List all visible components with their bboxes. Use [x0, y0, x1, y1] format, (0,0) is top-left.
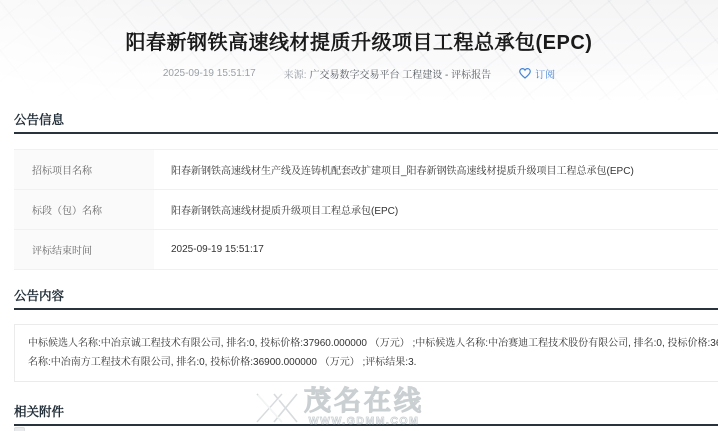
content-line: 名称:中冶南方工程技术有限公司, 排名:0, 投标价格:36900.000000… [28, 353, 718, 372]
row-value-eval-end-time: 2025-09-19 15:51:17 [154, 230, 718, 269]
announcement-content-box: 中标候选人名称:中冶京诚工程技术有限公司, 排名:0, 投标价格:37960.0… [14, 324, 718, 382]
meta-row: 2025-09-19 15:51:17 来源:广交易数字交易平台 工程建设 - … [0, 66, 718, 81]
page-banner: 阳春新钢铁高速线材提质升级项目工程总承包(EPC) 2025-09-19 15:… [0, 0, 718, 100]
section-heading-attachments: 相关附件 [14, 402, 718, 426]
heart-icon [519, 68, 531, 79]
section-announcement-content: 公告内容 中标候选人名称:中冶京诚工程技术有限公司, 排名:0, 投标价格:37… [14, 286, 718, 382]
source-value: 广交易数字交易平台 工程建设 - 评标报告 [309, 70, 491, 81]
subscribe-button[interactable]: 订阅 [519, 66, 555, 81]
row-label-project-name: 招标项目名称 [14, 150, 154, 189]
section-heading-info: 公告信息 [14, 110, 718, 134]
page-title: 阳春新钢铁高速线材提质升级项目工程总承包(EPC) [0, 0, 718, 55]
source-label: 来源: [284, 70, 307, 81]
row-value-section-name: 阳春新钢铁高速线材提质升级项目工程总承包(EPC) [154, 190, 718, 229]
section-heading-content: 公告内容 [14, 286, 718, 310]
publish-datetime: 2025-09-19 15:51:17 [163, 68, 256, 79]
announcement-page: 阳春新钢铁高速线材提质升级项目工程总承包(EPC) 2025-09-19 15:… [0, 0, 718, 431]
section-attachments: 相关附件 [14, 402, 718, 426]
table-row: 招标项目名称 阳春新钢铁高速线材生产线及连铸机配套改扩建项目_阳春新钢铁高速线材… [14, 150, 718, 190]
subscribe-label: 订阅 [535, 66, 555, 81]
row-value-project-name: 阳春新钢铁高速线材生产线及连铸机配套改扩建项目_阳春新钢铁高速线材提质升级项目工… [154, 150, 718, 189]
source-text: 来源:广交易数字交易平台 工程建设 - 评标报告 [284, 66, 491, 81]
info-table: 招标项目名称 阳春新钢铁高速线材生产线及连铸机配套改扩建项目_阳春新钢铁高速线材… [14, 149, 718, 270]
attachment-icon [14, 427, 25, 431]
table-row: 评标结束时间 2025-09-19 15:51:17 [14, 230, 718, 270]
content-line: 中标候选人名称:中冶京诚工程技术有限公司, 排名:0, 投标价格:37960.0… [28, 334, 718, 353]
section-announcement-info: 公告信息 招标项目名称 阳春新钢铁高速线材生产线及连铸机配套改扩建项目_阳春新钢… [14, 110, 718, 270]
table-row: 标段（包）名称 阳春新钢铁高速线材提质升级项目工程总承包(EPC) [14, 190, 718, 230]
row-label-section-name: 标段（包）名称 [14, 190, 154, 229]
row-label-eval-end-time: 评标结束时间 [14, 230, 154, 269]
